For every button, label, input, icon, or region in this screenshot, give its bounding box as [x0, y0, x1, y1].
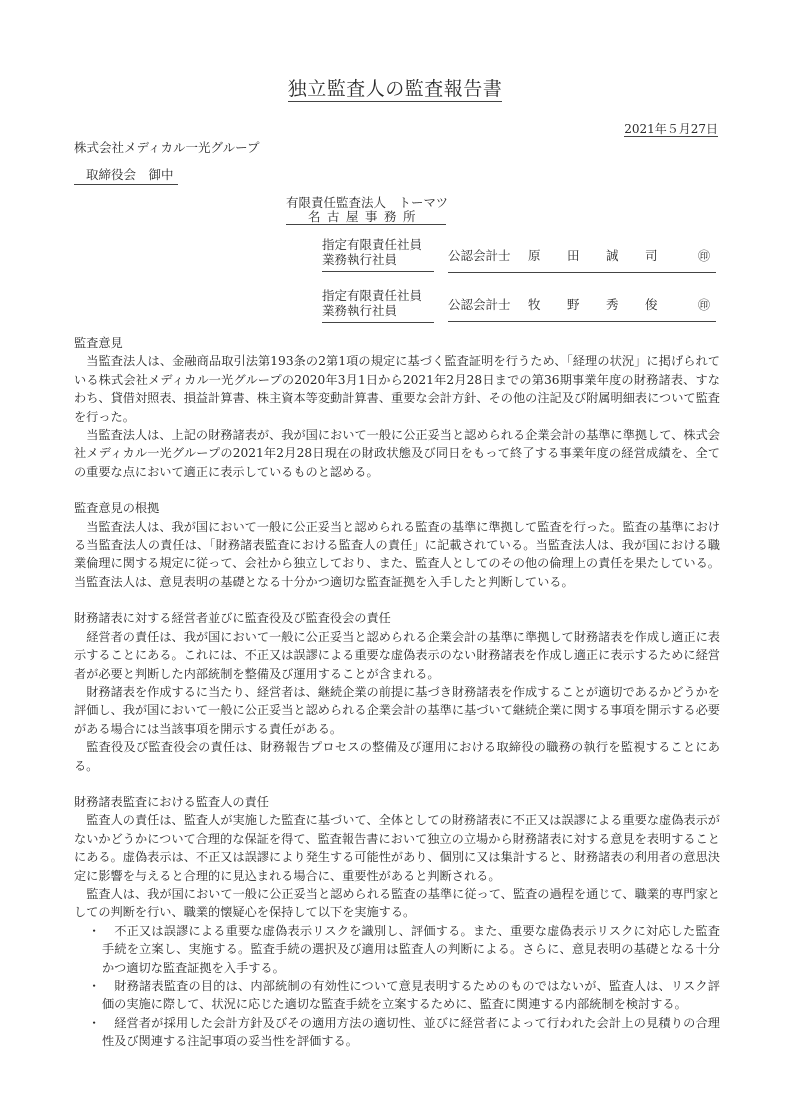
- signatory-name-char: 司: [645, 246, 684, 264]
- section-auditor-responsibility: 財務諸表監査における監査人の責任 監査人の責任は、監査人が実施した監査に基づいて…: [74, 793, 720, 1051]
- paragraph: 当監査法人は、金融商品取引法第193条の2第1項の規定に基づく監査証明を行うため…: [74, 352, 720, 426]
- signatory-title: 公認会計士: [448, 295, 528, 313]
- seal-icon: ㊞: [698, 247, 710, 264]
- signatory-name-char: 野: [567, 295, 606, 313]
- paragraph: 当監査法人は、我が国において一般に公正妥当と認められる監査の基準に準拠して監査を…: [74, 518, 720, 592]
- section-heading: 財務諸表監査における監査人の責任: [74, 793, 720, 811]
- audit-firm-office: 名古屋事務所: [286, 210, 446, 225]
- report-body: 監査意見 当監査法人は、金融商品取引法第193条の2第1項の規定に基づく監査証明…: [74, 334, 720, 1051]
- addressee-board: 取締役会 御中: [74, 165, 178, 185]
- signatory-name-char: 俊: [645, 295, 684, 313]
- signatory-name-char: 秀: [606, 295, 645, 313]
- signatory-name-char: 原: [528, 246, 567, 264]
- list-item: ・不正又は誤謬による重要な虚偽表示リスクを識別し、評価する。また、重要な虚偽表示…: [88, 922, 720, 977]
- signatory-name-char: 牧: [528, 295, 567, 313]
- bullet-icon: ・: [88, 977, 100, 995]
- signatory-1: 公認会計士 原 田 誠 司 ㊞: [448, 246, 716, 273]
- paragraph: 財務諸表を作成するに当たり、経営者は、継続企業の前提に基づき財務諸表を作成するこ…: [74, 683, 720, 738]
- section-heading: 財務諸表に対する経営者並びに監査役及び監査役会の責任: [74, 609, 720, 627]
- audit-firm-name: 有限責任監査法人 トーマツ: [286, 195, 448, 210]
- seal-icon: ㊞: [698, 296, 710, 313]
- paragraph: 監査人は、我が国において一般に公正妥当と認められる監査の基準に従って、監査の過程…: [74, 885, 720, 922]
- section-gap: [74, 481, 720, 499]
- signatory-name-char: 誠: [606, 246, 645, 264]
- audit-firm: 有限責任監査法人 トーマツ 名古屋事務所: [286, 196, 448, 225]
- addressee-company: 株式会社メディカル一光グループ: [74, 138, 260, 156]
- role-line: 業務執行社員: [322, 303, 434, 318]
- role-line: 指定有限責任社員: [322, 237, 434, 252]
- section-heading: 監査意見: [74, 334, 720, 352]
- section-management-responsibility: 財務諸表に対する経営者並びに監査役及び監査役会の責任 経営者の責任は、我が国にお…: [74, 609, 720, 775]
- bullet-icon: ・: [88, 922, 100, 940]
- document-title: 独立監査人の監査報告書: [0, 74, 790, 101]
- procedure-list: ・不正又は誤謬による重要な虚偽表示リスクを識別し、評価する。また、重要な虚偽表示…: [74, 922, 720, 1051]
- section-gap: [74, 775, 720, 793]
- role-line: 指定有限責任社員: [322, 288, 434, 303]
- paragraph: 監査人の責任は、監査人が実施した監査に基づいて、全体としての財務諸表に不正又は誤…: [74, 811, 720, 885]
- paragraph: 経営者の責任は、我が国において一般に公正妥当と認められる企業会計の基準に準拠して…: [74, 628, 720, 683]
- signatory-name-char: 田: [567, 246, 606, 264]
- section-basis-for-opinion: 監査意見の根拠 当監査法人は、我が国において一般に公正妥当と認められる監査の基準…: [74, 499, 720, 591]
- paragraph: 当監査法人は、上記の財務諸表が、我が国において一般に公正妥当と認められる企業会計…: [74, 426, 720, 481]
- signatory-role: 指定有限責任社員 業務執行社員: [322, 288, 434, 323]
- section-heading: 監査意見の根拠: [74, 499, 720, 517]
- role-line: 業務執行社員: [322, 252, 434, 267]
- report-date: 2021年５月27日: [624, 120, 718, 137]
- section-audit-opinion: 監査意見 当監査法人は、金融商品取引法第193条の2第1項の規定に基づく監査証明…: [74, 334, 720, 481]
- signatory-2: 公認会計士 牧 野 秀 俊 ㊞: [448, 295, 716, 322]
- bullet-icon: ・: [88, 1014, 100, 1032]
- signatory-role: 指定有限責任社員 業務執行社員: [322, 237, 434, 272]
- list-item-text: 不正又は誤謬による重要な虚偽表示リスクを識別し、評価する。また、重要な虚偽表示リ…: [102, 924, 720, 975]
- paragraph: 監査役及び監査役会の責任は、財務報告プロセスの整備及び運用における取締役の職務の…: [74, 738, 720, 775]
- list-item: ・財務諸表監査の目的は、内部統制の有効性について意見表明するためのものではないが…: [88, 977, 720, 1014]
- section-gap: [74, 591, 720, 609]
- list-item-text: 経営者が採用した会計方針及びその適用方法の適切性、並びに経営者によって行われた会…: [102, 1016, 720, 1048]
- list-item: ・経営者が採用した会計方針及びその適用方法の適切性、並びに経営者によって行われた…: [88, 1014, 720, 1051]
- signatory-title: 公認会計士: [448, 246, 528, 264]
- list-item-text: 財務諸表監査の目的は、内部統制の有効性について意見表明するためのものではないが、…: [102, 979, 720, 1011]
